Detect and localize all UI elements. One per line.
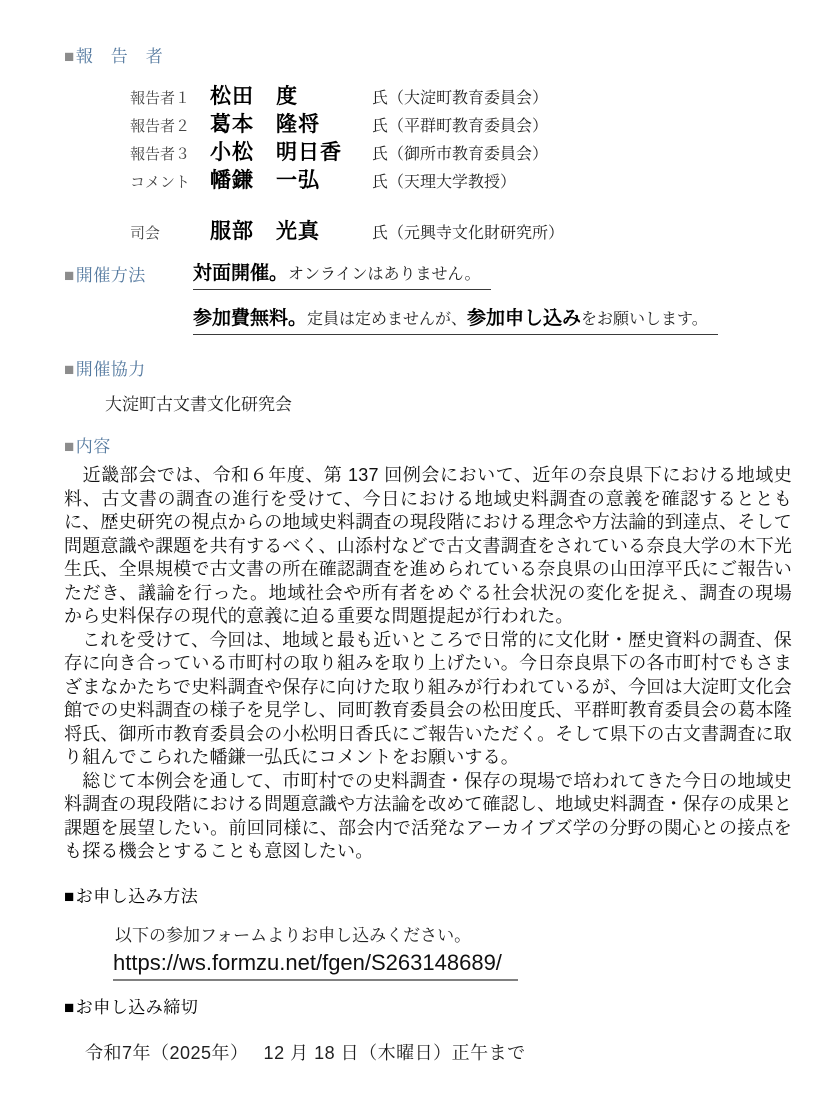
- section-cooperation: ■開催協力 大淀町古文書文化研究会: [64, 359, 792, 415]
- method-lines: 対面開催。オンラインはありません。 参加費無料。定員は定めませんが、参加申し込み…: [193, 262, 792, 335]
- application-form-url[interactable]: https://ws.formzu.net/fgen/S263148689/: [113, 950, 518, 981]
- cooperation-heading: ■開催協力: [64, 359, 792, 381]
- square-bullet-icon: ■: [64, 887, 75, 906]
- square-bullet-icon: ■: [64, 437, 75, 456]
- description-body: 近畿部会では、令和６年度、第 137 回例会において、近年の奈良県下における地域…: [64, 464, 792, 864]
- reporter-name: 松田 度: [210, 80, 372, 110]
- moderator-role: 司会: [130, 222, 210, 243]
- square-bullet-icon: ■: [64, 47, 75, 66]
- reporter-name: 幡鎌 一弘: [210, 164, 372, 194]
- moderator-affiliation: 氏（元興寺文化財研究所）: [372, 220, 792, 243]
- deadline-heading: ■お申し込み締切: [64, 997, 792, 1019]
- deadline-heading-label: お申し込み締切: [76, 998, 199, 1017]
- description-paragraph-3: 総じて本例会を通して、市町村での史料調査・保存の現場で培われてきた今日の地域史料…: [64, 770, 792, 864]
- section-description: ■内容 近畿部会では、令和６年度、第 137 回例会において、近年の奈良県下にお…: [64, 436, 792, 864]
- cooperation-heading-label: 開催協力: [76, 360, 146, 379]
- square-bullet-icon: ■: [64, 266, 75, 285]
- description-paragraph-2: これを受けて、今回は、地域と最も近いところで日常的に文化財・歴史資料の調査、保存…: [64, 629, 792, 770]
- reporter-affiliation: 氏（御所市教育委員会）: [372, 141, 792, 164]
- application-instruction: 以下の参加フォームよりお申し込みください。: [115, 924, 792, 948]
- method-line2-bold1: 参加費無料。: [193, 308, 307, 329]
- square-bullet-icon: ■: [64, 998, 75, 1017]
- description-heading: ■内容: [64, 436, 792, 458]
- reporter-affiliation: 氏（大淀町教育委員会）: [372, 85, 792, 108]
- reporter-affiliation: 氏（平群町教育委員会）: [372, 113, 792, 136]
- method-line2-text1: 定員は定めませんが、: [307, 311, 467, 328]
- method-line2-text2: をお願いします。: [581, 311, 708, 328]
- reporter-role: 報告者１: [130, 87, 210, 108]
- reporter-row-comment: コメント 幡鎌 一弘 氏（天理大学教授）: [130, 164, 792, 192]
- deadline-body: 令和7年（2025年） 12 月 18 日（木曜日）正午まで: [85, 1039, 792, 1065]
- reporter-name: 葛本 隆将: [210, 108, 372, 138]
- application-heading-label: お申し込み方法: [76, 887, 199, 906]
- section-reporters: ■報 告 者 報告者１ 松田 度 氏（大淀町教育委員会） 報告者２ 葛本 隆将 …: [64, 46, 792, 243]
- moderator-name: 服部 光真: [210, 215, 372, 245]
- reporter-role: 報告者２: [130, 115, 210, 136]
- reporter-row-3: 報告者３ 小松 明日香 氏（御所市教育委員会）: [130, 136, 792, 164]
- method-line-1: 対面開催。オンラインはありません。: [193, 262, 792, 290]
- reporter-row-1: 報告者１ 松田 度 氏（大淀町教育委員会）: [130, 80, 792, 108]
- document-page: ■報 告 者 報告者１ 松田 度 氏（大淀町教育委員会） 報告者２ 葛本 隆将 …: [0, 0, 823, 1065]
- method-heading: ■開催方法: [64, 262, 193, 287]
- description-paragraph-1: 近畿部会では、令和６年度、第 137 回例会において、近年の奈良県下における地域…: [64, 464, 792, 629]
- section-application: ■お申し込み方法 以下の参加フォームよりお申し込みください。 https://w…: [64, 886, 792, 981]
- square-bullet-icon: ■: [64, 360, 75, 379]
- reporters-heading-label: 報 告 者: [76, 47, 164, 66]
- moderator-row: 司会 服部 光真 氏（元興寺文化財研究所）: [130, 215, 792, 243]
- cooperation-body: 大淀町古文書文化研究会: [105, 390, 792, 415]
- method-line1-bold: 対面開催。: [193, 263, 288, 284]
- reporters-heading: ■報 告 者: [64, 46, 792, 68]
- method-line1-rest: オンラインはありません。: [288, 266, 480, 283]
- section-deadline: ■お申し込み締切 令和7年（2025年） 12 月 18 日（木曜日）正午まで: [64, 997, 792, 1065]
- method-line2-bold2: 参加申し込み: [467, 308, 581, 329]
- method-line-2: 参加費無料。定員は定めませんが、参加申し込みをお願いします。: [193, 307, 792, 335]
- section-method: ■開催方法 対面開催。オンラインはありません。 参加費無料。定員は定めませんが、…: [64, 262, 792, 335]
- reporter-row-2: 報告者２ 葛本 隆将 氏（平群町教育委員会）: [130, 108, 792, 136]
- reporter-list: 報告者１ 松田 度 氏（大淀町教育委員会） 報告者２ 葛本 隆将 氏（平群町教育…: [64, 80, 792, 243]
- reporter-role: コメント: [130, 171, 210, 192]
- description-heading-label: 内容: [76, 437, 111, 456]
- reporter-affiliation: 氏（天理大学教授）: [372, 169, 792, 192]
- reporter-role: 報告者３: [130, 143, 210, 164]
- application-heading: ■お申し込み方法: [64, 886, 792, 908]
- reporter-name: 小松 明日香: [210, 136, 372, 166]
- method-heading-label: 開催方法: [76, 266, 146, 285]
